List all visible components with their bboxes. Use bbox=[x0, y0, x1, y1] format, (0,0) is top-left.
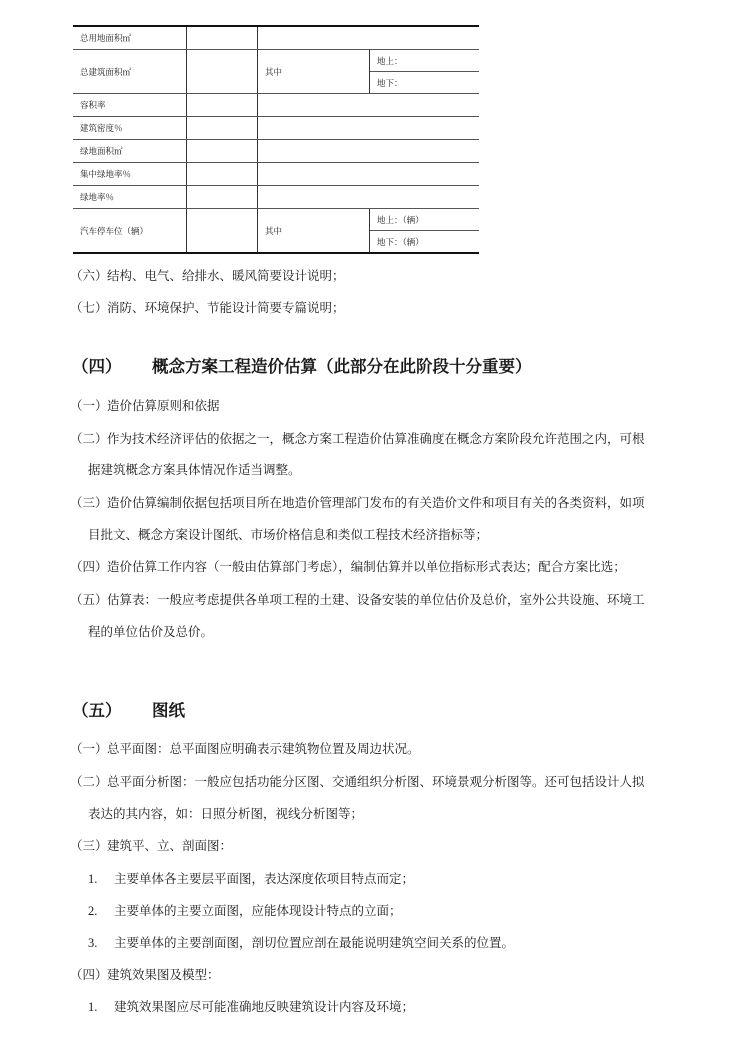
sub-list-item: 2.主要单体的主要立面图，应能体现设计特点的立面； bbox=[88, 903, 402, 919]
sub-item-text: 主要单体各主要层平面图，表达深度依项目特点而定； bbox=[114, 871, 414, 886]
value-cell bbox=[187, 209, 258, 254]
value-cell bbox=[187, 186, 258, 209]
value-cell bbox=[187, 94, 258, 117]
item-number: （二） bbox=[70, 431, 107, 447]
item-text: 建筑效果图及模型： bbox=[107, 967, 220, 982]
item-continuation: 据建筑概念方案具体情况作适当调整。 bbox=[88, 462, 301, 478]
sub-list-item: 1.主要单体各主要层平面图，表达深度依项目特点而定； bbox=[88, 871, 414, 887]
item-text: 建筑平、立、剖面图： bbox=[107, 838, 232, 853]
sub-label-below: 地下：（辆） bbox=[370, 231, 480, 254]
item-number: （三） bbox=[70, 838, 107, 854]
item-number: （三） bbox=[70, 495, 107, 511]
item-number: （一） bbox=[70, 741, 107, 757]
list-item: （五）估算表：一般应考虑提供各单项工程的土建、设备安装的单位估价及总价，室外公共… bbox=[70, 592, 645, 608]
sub-label-above: 地上： bbox=[370, 50, 480, 72]
value-cell bbox=[258, 163, 480, 186]
value-cell bbox=[258, 117, 480, 140]
item-text: 总平面分析图：一般应包括功能分区图、交通组织分析图、环境景观分析图等。还可包括设… bbox=[107, 774, 645, 789]
row-label: 绿地率％ bbox=[73, 186, 187, 209]
item-text: 消防、环境保护、节能设计简要专篇说明； bbox=[107, 300, 345, 315]
value-cell bbox=[258, 26, 480, 50]
item-text: 结构、电气、给排水、暖风简要设计说明； bbox=[107, 268, 345, 283]
item-text: 估算表：一般应考虑提供各单项工程的土建、设备安装的单位估价及总价，室外公共设施、… bbox=[107, 592, 645, 607]
value-cell bbox=[187, 117, 258, 140]
item-text: 造价估算编制依据包括项目所在地造价管理部门发布的有关造价文件和项目有关的各类资料… bbox=[107, 495, 645, 510]
item-text: 总平面图：总平面图应明确表示建筑物位置及周边状况。 bbox=[107, 741, 420, 756]
item-number: （七） bbox=[70, 300, 107, 316]
item-number: （六） bbox=[70, 268, 107, 284]
technical-indicators-table: 总用地面积㎡ 总建筑面积㎡ 其中 地上： 地下： 容积率 建筑密度％ 绿地面积㎡… bbox=[73, 25, 479, 254]
section-title: 概念方案工程造价估算（此部分在此阶段十分重要） bbox=[152, 357, 532, 376]
item-number: （二） bbox=[70, 774, 107, 790]
section-heading: （四）概念方案工程造价估算（此部分在此阶段十分重要） bbox=[72, 357, 532, 377]
value-cell bbox=[187, 163, 258, 186]
row-label: 集中绿地率％ bbox=[73, 163, 187, 186]
section-number: （五） bbox=[72, 701, 152, 721]
split-label: 其中 bbox=[258, 209, 370, 254]
item-number: （四） bbox=[70, 967, 107, 983]
value-cell bbox=[187, 140, 258, 163]
sub-list-item: 1.建筑效果图应尽可能准确地反映建筑设计内容及环境； bbox=[88, 999, 414, 1015]
list-item: （四）建筑效果图及模型： bbox=[70, 967, 220, 983]
sub-item-text: 建筑效果图应尽可能准确地反映建筑设计内容及环境； bbox=[114, 999, 414, 1014]
section-number: （四） bbox=[72, 357, 152, 377]
list-item: （三）造价估算编制依据包括项目所在地造价管理部门发布的有关造价文件和项目有关的各… bbox=[70, 495, 645, 511]
list-item: （二）总平面分析图：一般应包括功能分区图、交通组织分析图、环境景观分析图等。还可… bbox=[70, 774, 645, 790]
sub-item-number: 3. bbox=[88, 935, 114, 951]
row-label: 绿地面积㎡ bbox=[73, 140, 187, 163]
item-number: （五） bbox=[70, 592, 107, 608]
row-label: 容积率 bbox=[73, 94, 187, 117]
list-item: （六）结构、电气、给排水、暖风简要设计说明； bbox=[70, 268, 345, 284]
item-number: （四） bbox=[70, 559, 107, 575]
value-cell bbox=[258, 94, 480, 117]
value-cell bbox=[187, 50, 258, 94]
list-item: （二）作为技术经济评估的依据之一，概念方案工程造价估算准确度在概念方案阶段允许范… bbox=[70, 431, 645, 447]
row-label: 汽车停车位（辆） bbox=[73, 209, 187, 254]
split-label: 其中 bbox=[258, 50, 370, 94]
table-row: 绿地面积㎡ bbox=[73, 140, 479, 163]
sub-list-item: 3.主要单体的主要剖面图，剖切位置应剖在最能说明建筑空间关系的位置。 bbox=[88, 935, 514, 951]
value-cell bbox=[258, 186, 480, 209]
list-item: （三）建筑平、立、剖面图： bbox=[70, 838, 232, 854]
value-cell bbox=[187, 26, 258, 50]
value-cell bbox=[258, 140, 480, 163]
table-row: 集中绿地率％ bbox=[73, 163, 479, 186]
row-label: 总用地面积㎡ bbox=[73, 26, 187, 50]
list-item: （四）造价估算工作内容（一般由估算部门考虑），编制估算并以单位指标形式表达；配合… bbox=[70, 559, 626, 575]
list-item: （七）消防、环境保护、节能设计简要专篇说明； bbox=[70, 300, 345, 316]
table-row: 容积率 bbox=[73, 94, 479, 117]
sub-label-below: 地下： bbox=[370, 72, 480, 94]
table-row: 汽车停车位（辆） 其中 地上：（辆） bbox=[73, 209, 479, 231]
sub-item-number: 2. bbox=[88, 903, 114, 919]
item-continuation: 目批文、概念方案设计图纸、市场价格信息和类似工程技术经济指标等； bbox=[88, 527, 488, 543]
sub-item-number: 1. bbox=[88, 871, 114, 887]
section-title: 图纸 bbox=[152, 701, 185, 720]
row-label: 总建筑面积㎡ bbox=[73, 50, 187, 94]
sub-item-number: 1. bbox=[88, 999, 114, 1015]
list-item: （一）造价估算原则和依据 bbox=[70, 398, 220, 414]
item-continuation: 程的单位估价及总价。 bbox=[88, 624, 213, 640]
row-label: 建筑密度％ bbox=[73, 117, 187, 140]
item-text: 造价估算工作内容（一般由估算部门考虑），编制估算并以单位指标形式表达；配合方案比… bbox=[107, 559, 626, 574]
section-heading: （五）图纸 bbox=[72, 701, 185, 721]
sub-item-text: 主要单体的主要剖面图，剖切位置应剖在最能说明建筑空间关系的位置。 bbox=[114, 935, 514, 950]
item-continuation: 表达的其内容，如：日照分析图，视线分析图等； bbox=[88, 806, 363, 822]
item-number: （一） bbox=[70, 398, 107, 414]
table-row: 总建筑面积㎡ 其中 地上： bbox=[73, 50, 479, 72]
table-row: 建筑密度％ bbox=[73, 117, 479, 140]
item-text: 作为技术经济评估的依据之一，概念方案工程造价估算准确度在概念方案阶段允许范围之内… bbox=[107, 431, 645, 446]
table-row: 绿地率％ bbox=[73, 186, 479, 209]
item-text: 造价估算原则和依据 bbox=[107, 398, 220, 413]
sub-item-text: 主要单体的主要立面图，应能体现设计特点的立面； bbox=[114, 903, 402, 918]
table-row: 总用地面积㎡ bbox=[73, 26, 479, 50]
sub-label-above: 地上：（辆） bbox=[370, 209, 480, 231]
list-item: （一）总平面图：总平面图应明确表示建筑物位置及周边状况。 bbox=[70, 741, 420, 757]
